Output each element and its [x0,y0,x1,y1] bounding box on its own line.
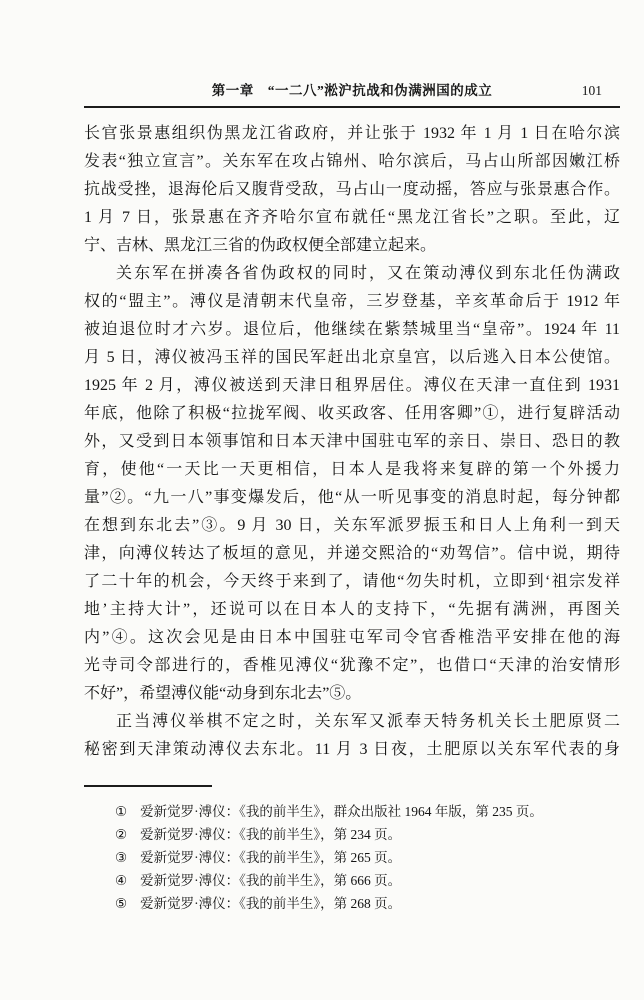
text-line: 正当溥仪举棋不定之时，关东军又派奉天特务机关长土肥原贤二 [84,708,620,736]
text-line: 抗战受挫，退海伦后又腹背受敌，马占山一度动摇，答应与张景惠合作。 [84,176,620,204]
footnote-marker: ① [115,800,127,823]
text-line: 光寺司令部进行的，香椎见溥仪“犹豫不定”，也借口“天津的治安情形 [84,652,620,680]
text-line: 月 5 日，溥仪被冯玉祥的国民军赶出北京皇宫，以后逃入日本公使馆。 [84,344,620,372]
footnote-marker: ⑤ [115,892,127,915]
text-line: 地’主持大计”，还说可以在日本人的支持下，“先据有满洲，再图关 [84,596,620,624]
body-text: 长官张景惠组织伪黑龙江省政府，并让张于 1932 年 1 月 1 日在哈尔滨发表… [84,120,620,764]
footnote-item: ①爱新觉罗·溥仪：《我的前半生》，群众出版社 1964 年版，第 235 页。 [84,800,620,823]
footnote-item: ②爱新觉罗·溥仪：《我的前半生》，第 234 页。 [84,823,620,846]
page-number: 101 [582,81,602,100]
text-line: 外，又受到日本领事馆和日本天津中国驻屯军的亲日、崇日、恐日的教 [84,428,620,456]
text-line: 1925 年 2 月，溥仪被送到天津日租界居住。溥仪在天津一直住到 1931 [84,372,620,400]
text-line: 量”②。“九一八”事变爆发后，他“从一听见事变的消息时起，每分钟都 [84,484,620,512]
text-line: 不好”，希望溥仪能“动身到东北去”⑤。 [84,680,620,708]
book-page: 第一章 “一二八”淞沪抗战和伪满洲国的成立 101 长官张景惠组织伪黑龙江省政府… [0,0,644,1000]
header-rule [84,106,620,108]
footnote-text: 爱新觉罗·溥仪：《我的前半生》，第 268 页。 [140,896,401,911]
text-line: 津，向溥仪转达了板垣的意见，并递交熙洽的“劝驾信”。信中说，期待 [84,540,620,568]
text-line: 关东军在拼凑各省伪政权的同时，又在策动溥仪到东北任伪满政 [84,260,620,288]
text-line: 1 月 7 日，张景惠在齐齐哈尔宣布就任“黑龙江省长”之职。至此，辽 [84,204,620,232]
footnote-text: 爱新觉罗·溥仪：《我的前半生》，群众出版社 1964 年版，第 235 页。 [140,804,543,819]
footnote-text: 爱新觉罗·溥仪：《我的前半生》，第 234 页。 [140,827,401,842]
text-line: 秘密到天津策动溥仪去东北。11 月 3 日夜，土肥原以关东军代表的身 [84,736,620,764]
footnote-separator [84,785,212,787]
footnote-marker: ② [115,823,127,846]
footnote-item: ③爱新觉罗·溥仪：《我的前半生》，第 265 页。 [84,846,620,869]
text-line: 被迫退位时才六岁。退位后，他继续在紫禁城里当“皇帝”。1924 年 11 [84,316,620,344]
text-line: 宁、吉林、黑龙江三省的伪政权便全部建立起来。 [84,232,620,260]
footnote-item: ⑤爱新觉罗·溥仪：《我的前半生》，第 268 页。 [84,892,620,915]
text-line: 长官张景惠组织伪黑龙江省政府，并让张于 1932 年 1 月 1 日在哈尔滨 [84,120,620,148]
text-line: 内”④。这次会见是由日本中国驻屯军司令官香椎浩平安排在他的海 [84,624,620,652]
footnote-text: 爱新觉罗·溥仪：《我的前半生》，第 265 页。 [140,850,401,865]
footnotes: ①爱新觉罗·溥仪：《我的前半生》，群众出版社 1964 年版，第 235 页。②… [84,800,620,915]
text-line: 权的“盟主”。溥仪是清朝末代皇帝，三岁登基，辛亥革命后于 1912 年 [84,288,620,316]
footnote-marker: ③ [115,846,127,869]
text-line: 发表“独立宣言”。关东军在攻占锦州、哈尔滨后，马占山所部因嫩江桥 [84,148,620,176]
text-line: 年底，他除了积极“拉拢军阀、收买政客、任用客卿”①，进行复辟活动 [84,400,620,428]
page-header: 第一章 “一二八”淞沪抗战和伪满洲国的成立 101 [84,81,620,100]
text-line: 在想到东北去”③。9 月 30 日，关东军派罗振玉和日人上角利一到天 [84,512,620,540]
footnote-text: 爱新觉罗·溥仪：《我的前半生》，第 666 页。 [140,873,401,888]
text-line: 了二十年的机会，今天终于来到了，请他“勿失时机，立即到‘祖宗发祥 [84,568,620,596]
footnote-item: ④爱新觉罗·溥仪：《我的前半生》，第 666 页。 [84,869,620,892]
chapter-title: 第一章 “一二八”淞沪抗战和伪满洲国的成立 [212,83,493,98]
footnote-marker: ④ [115,869,127,892]
text-line: 育，使他“一天比一天更相信，日本人是我将来复辟的第一个外援力 [84,456,620,484]
